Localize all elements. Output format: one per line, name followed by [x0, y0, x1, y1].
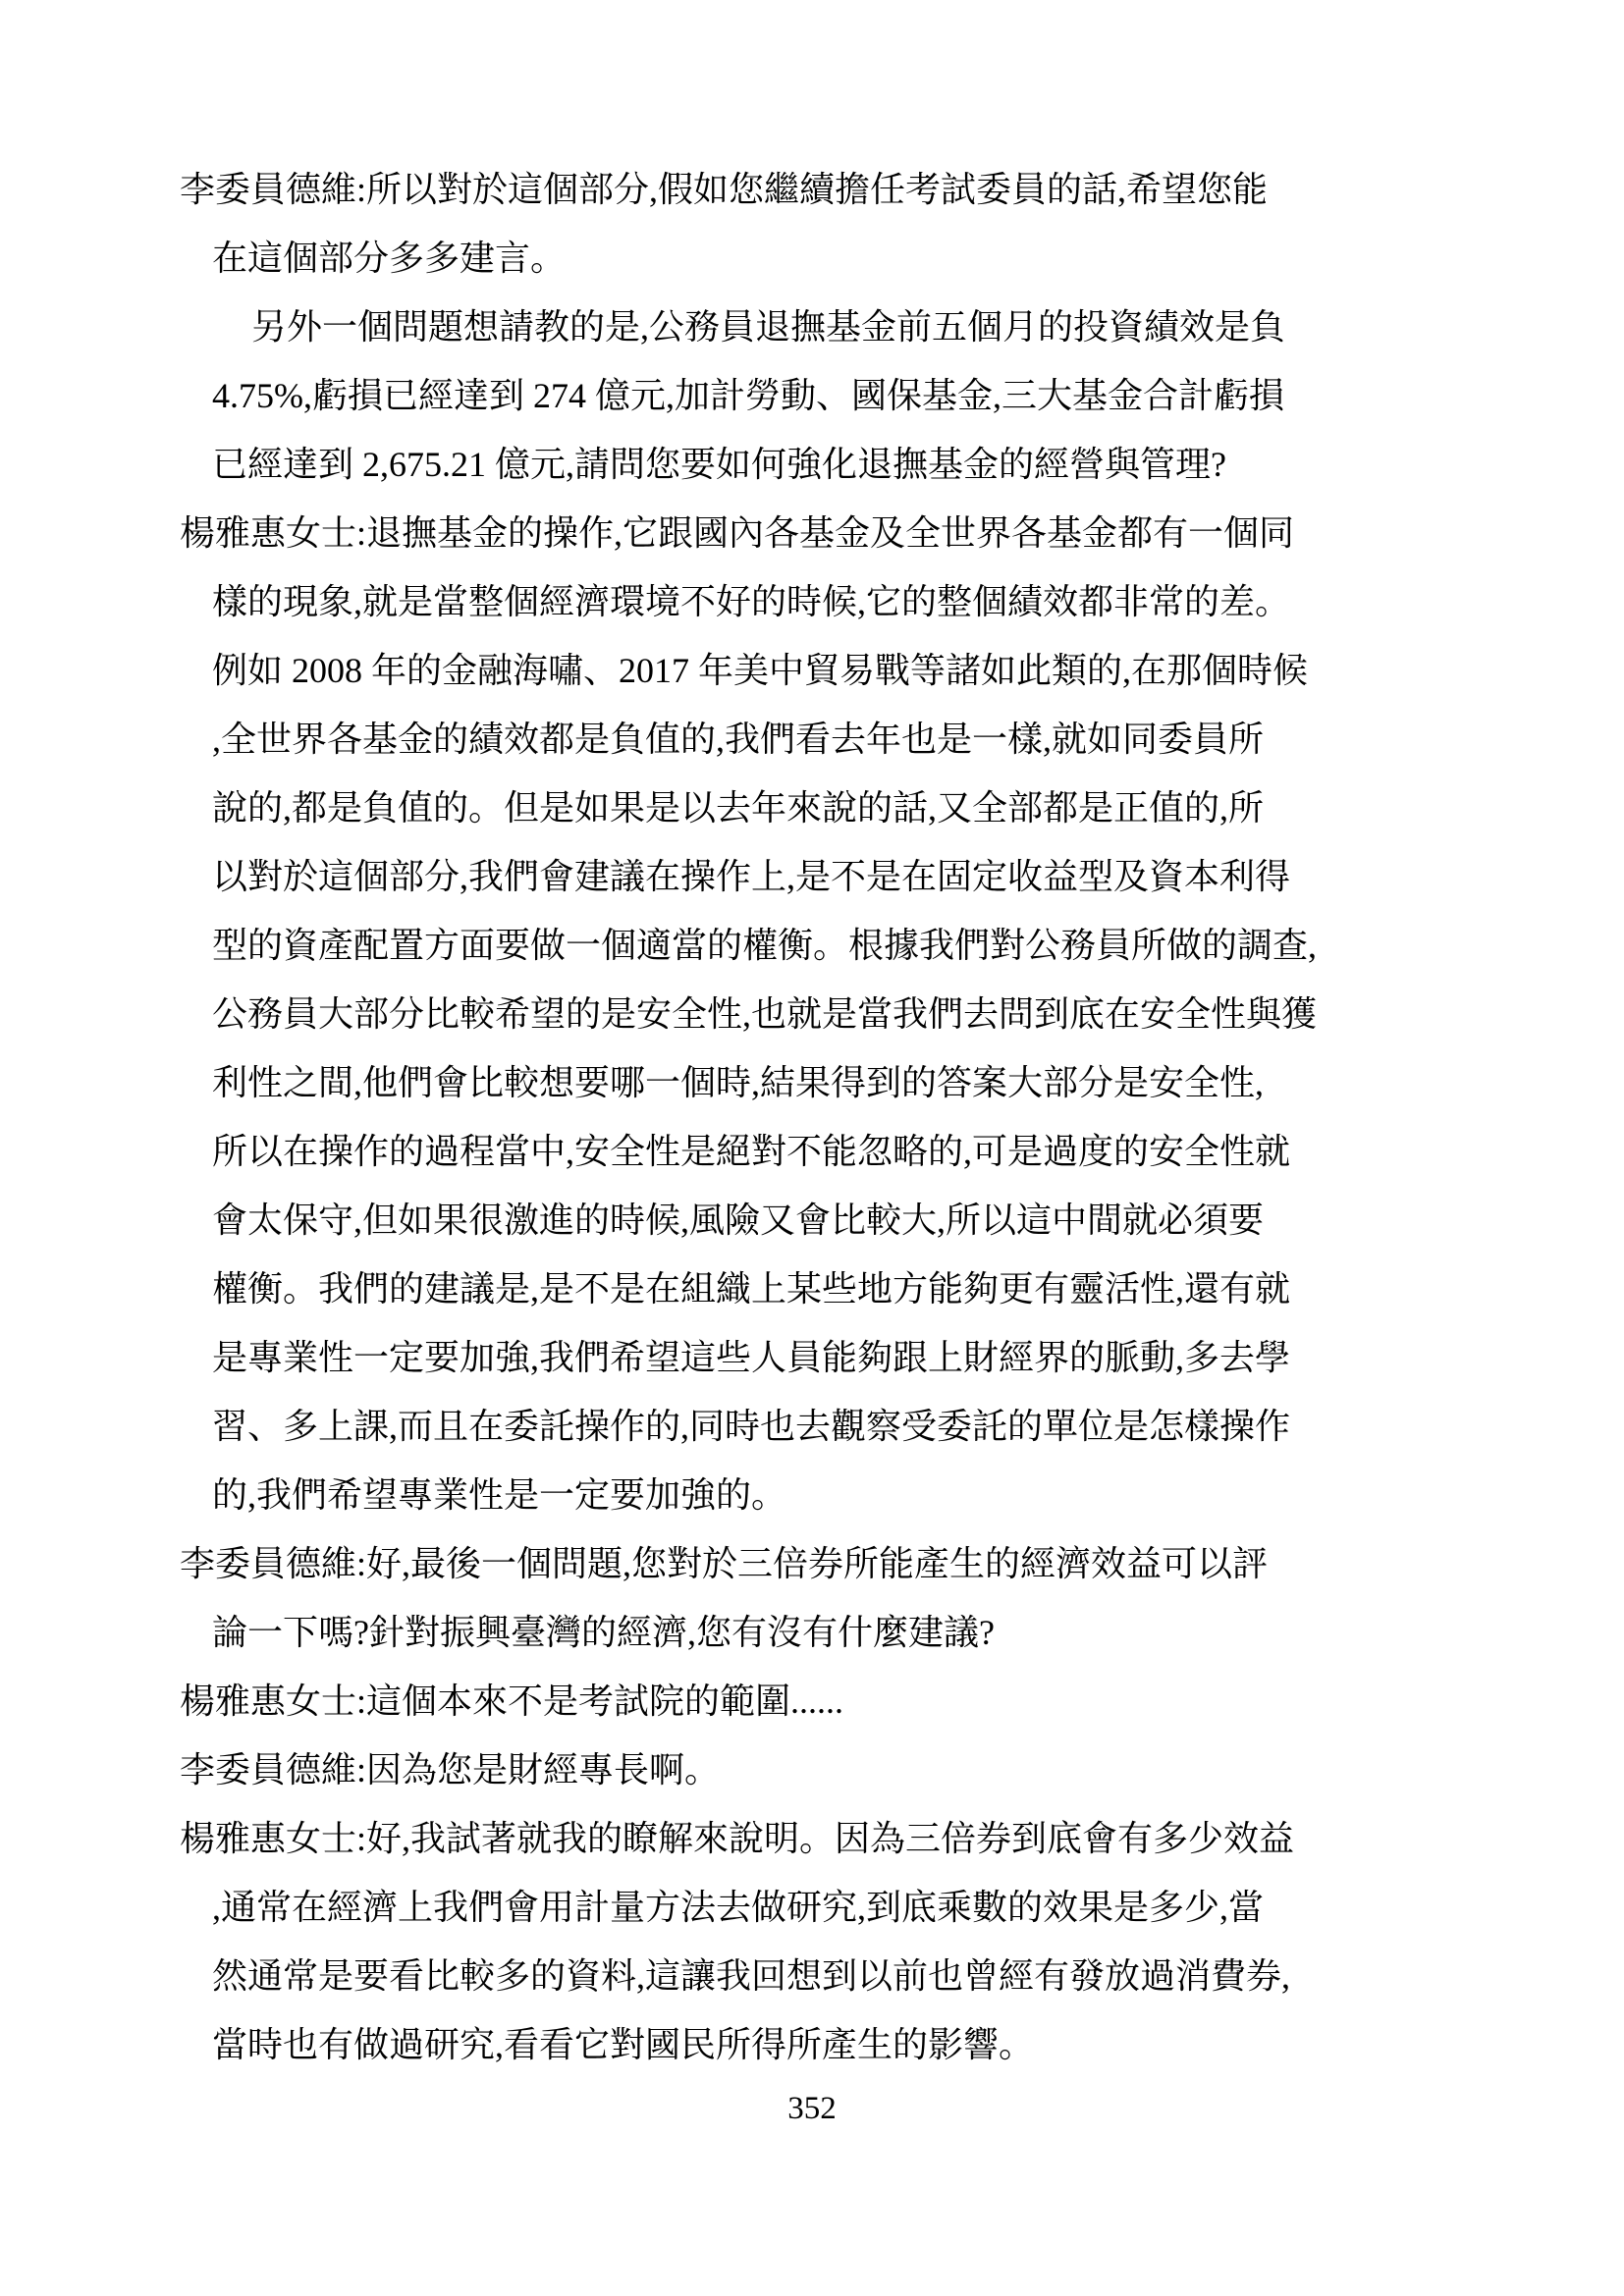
transcript-line: 會太保守,但如果很激進的時候,風險又會比較大,所以這中間就必須要 [180, 1186, 1368, 1255]
transcript-line: 是專業性一定要加強,我們希望這些人員能夠跟上財經界的脈動,多去學 [180, 1323, 1368, 1392]
transcript-line: 樣的現象,就是當整個經濟環境不好的時候,它的整個績效都非常的差。 [180, 567, 1368, 636]
transcript-line: 習、多上課,而且在委託操作的,同時也去觀察受委託的單位是怎樣操作 [180, 1392, 1368, 1461]
transcript-line: 當時也有做過研究,看看它對國民所得所產生的影響。 [180, 2010, 1368, 2079]
transcript-line: 型的資產配置方面要做一個適當的權衡。根據我們對公務員所做的調查, [180, 911, 1368, 980]
transcript-line: 在這個部分多多建言。 [180, 224, 1368, 293]
transcript-line: 以對於這個部分,我們會建議在操作上,是不是在固定收益型及資本利得 [180, 842, 1368, 911]
transcript-line: 公務員大部分比較希望的是安全性,也就是當我們去問到底在安全性與獲 [180, 980, 1368, 1048]
page-number: 352 [0, 2089, 1624, 2128]
transcript-line: 所以在操作的過程當中,安全性是絕對不能忽略的,可是過度的安全性就 [180, 1117, 1368, 1186]
transcript-line: 的,我們希望專業性是一定要加強的。 [180, 1461, 1368, 1529]
transcript-line: 楊雅惠女士:好,我試著就我的瞭解來說明。因為三倍券到底會有多少效益 [180, 1804, 1368, 1873]
transcript-text: 李委員德維:所以對於這個部分,假如您繼續擔任考試委員的話,希望您能在這個部分多多… [180, 155, 1368, 2079]
transcript-line: ,全世界各基金的績效都是負值的,我們看去年也是一樣,就如同委員所 [180, 705, 1368, 774]
transcript-line: 然通常是要看比較多的資料,這讓我回想到以前也曾經有發放過消費券, [180, 1942, 1368, 2010]
transcript-line: 權衡。我們的建議是,是不是在組織上某些地方能夠更有靈活性,還有就 [180, 1255, 1368, 1323]
transcript-line: ,通常在經濟上我們會用計量方法去做研究,到底乘數的效果是多少,當 [180, 1873, 1368, 1942]
transcript-line: 例如 2008 年的金融海嘯、2017 年美中貿易戰等諸如此類的,在那個時候 [180, 636, 1368, 705]
transcript-line: 說的,都是負值的。但是如果是以去年來說的話,又全部都是正值的,所 [180, 774, 1368, 842]
transcript-line: 論一下嗎?針對振興臺灣的經濟,您有沒有什麼建議? [180, 1598, 1368, 1667]
transcript-line: 另外一個問題想請教的是,公務員退撫基金前五個月的投資績效是負 [180, 293, 1368, 361]
transcript-line: 李委員德維:好,最後一個問題,您對於三倍券所能產生的經濟效益可以評 [180, 1529, 1368, 1598]
document-page: 李委員德維:所以對於這個部分,假如您繼續擔任考試委員的話,希望您能在這個部分多多… [0, 0, 1624, 2296]
transcript-line: 楊雅惠女士:這個本來不是考試院的範圍...... [180, 1667, 1368, 1735]
transcript-line: 楊雅惠女士:退撫基金的操作,它跟國內各基金及全世界各基金都有一個同 [180, 499, 1368, 567]
transcript-line: 李委員德維:因為您是財經專長啊。 [180, 1735, 1368, 1804]
transcript-line: 利性之間,他們會比較想要哪一個時,結果得到的答案大部分是安全性, [180, 1048, 1368, 1117]
transcript-line: 李委員德維:所以對於這個部分,假如您繼續擔任考試委員的話,希望您能 [180, 155, 1368, 224]
transcript-line: 4.75%,虧損已經達到 274 億元,加計勞動、國保基金,三大基金合計虧損 [180, 361, 1368, 430]
transcript-line: 已經達到 2,675.21 億元,請問您要如何強化退撫基金的經營與管理? [180, 430, 1368, 499]
